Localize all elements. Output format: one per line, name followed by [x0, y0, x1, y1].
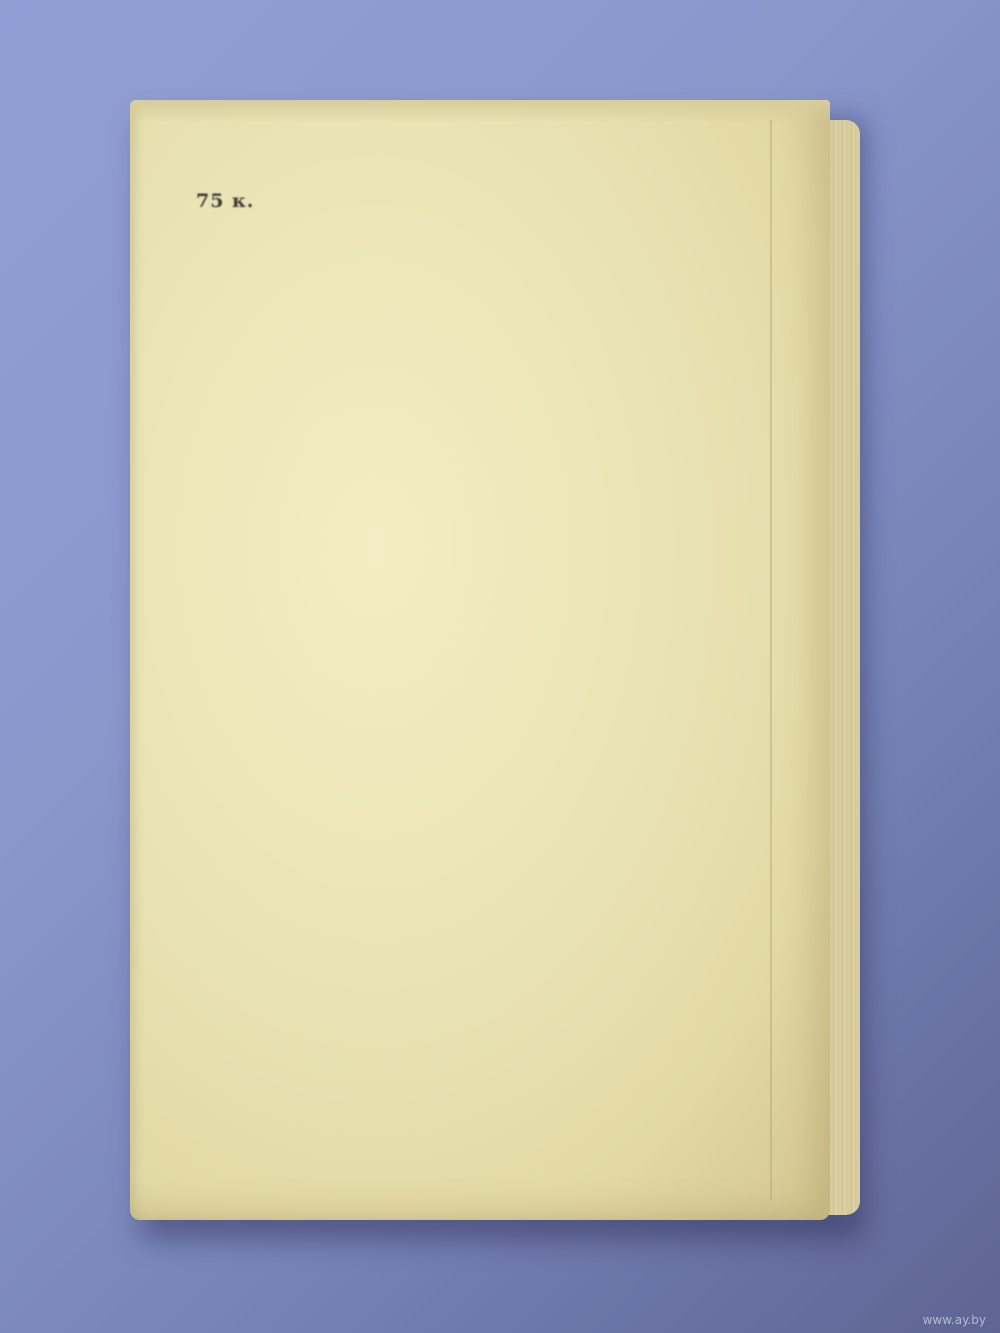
back-cover: 75 к.	[130, 100, 830, 1220]
watermark: www.ay.by	[923, 1313, 986, 1327]
book: 75 к.	[130, 100, 860, 1220]
cover-fold-line	[770, 120, 772, 1200]
price-label: 75 к.	[196, 190, 254, 212]
